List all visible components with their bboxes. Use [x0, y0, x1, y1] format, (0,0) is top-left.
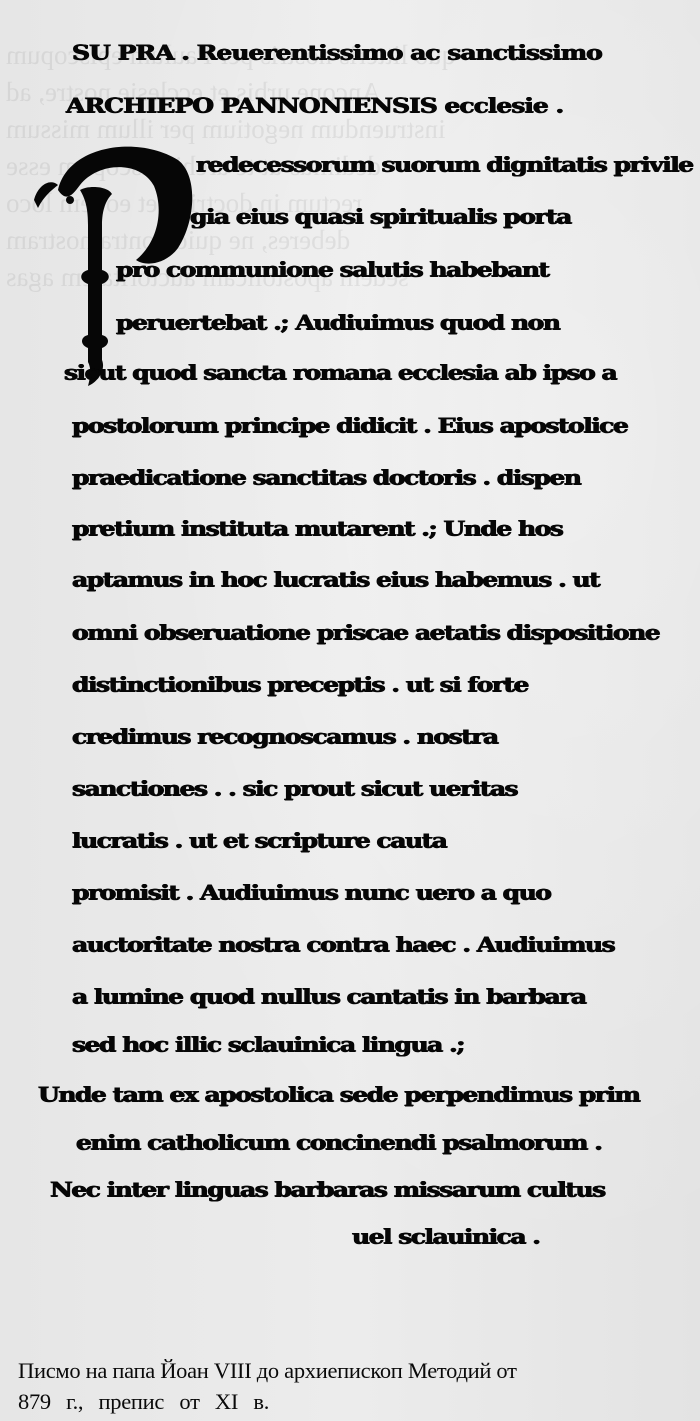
manuscript-line: sicut quod sancta romana ecclesia ab ips… — [64, 361, 616, 385]
manuscript-line: uel sclauinica . — [352, 1225, 539, 1249]
manuscript-line: lucratis . ut et scripture cauta — [72, 829, 446, 853]
manuscript-header-line: SU PRA . Reuerentissimo ac sanctissimo — [72, 41, 602, 65]
caption-line-2: 879 г., препис от XI в. — [18, 1386, 698, 1417]
manuscript-line: a lumine quod nullus cantatis in barbara — [72, 985, 586, 1009]
manuscript-line: peruertebat .; Audiuimus quod non — [116, 311, 560, 335]
manuscript-line: gia eius quasi spiritualis porta — [190, 205, 571, 229]
manuscript-line: pretium instituta mutarent .; Unde hos — [72, 517, 562, 541]
manuscript-line: distinctionibus preceptis . ut si forte — [72, 673, 528, 697]
figure-caption: Писмо на папа Йоан VIII до архиепископ М… — [18, 1355, 698, 1417]
manuscript-line: redecessorum suorum dignitatis privile — [196, 153, 693, 177]
manuscript-line: sed hoc illic sclauinica lingua .; — [72, 1033, 464, 1057]
scanned-page: quo litteris nostris per Paulum episcopu… — [0, 0, 700, 1421]
manuscript-line: aptamus in hoc lucratis eius habemus . u… — [72, 568, 599, 592]
manuscript-line: promisit . Audiuimus nunc uero a quo — [72, 881, 550, 905]
manuscript-facsimile: SU PRA . Reuerentissimo ac sanctissimo A… — [0, 0, 700, 1300]
manuscript-line: omni obseruatione priscae aetatis dispos… — [72, 621, 659, 645]
manuscript-line: pro communione salutis habebant — [116, 258, 549, 282]
manuscript-line: auctoritate nostra contra haec . Audiuim… — [72, 933, 614, 957]
manuscript-line: Unde tam ex apostolica sede perpendimus … — [38, 1083, 639, 1107]
manuscript-line: Nec inter linguas barbaras missarum cult… — [50, 1178, 605, 1202]
manuscript-header-line: ARCHIEPO PANNONIENSIS ecclesie . — [66, 94, 563, 118]
manuscript-line: postolorum principe didicit . Eius apost… — [72, 414, 627, 438]
manuscript-line: praedicatione sanctitas doctoris . dispe… — [72, 466, 580, 490]
manuscript-line: sanctiones . . sic prout sicut ueritas — [72, 777, 517, 801]
manuscript-line: credimus recognoscamus . nostra — [72, 725, 498, 749]
caption-line-1: Писмо на папа Йоан VIII до архиепископ М… — [18, 1355, 698, 1386]
manuscript-line: enim catholicum concinendi psalmorum . — [76, 1131, 601, 1155]
